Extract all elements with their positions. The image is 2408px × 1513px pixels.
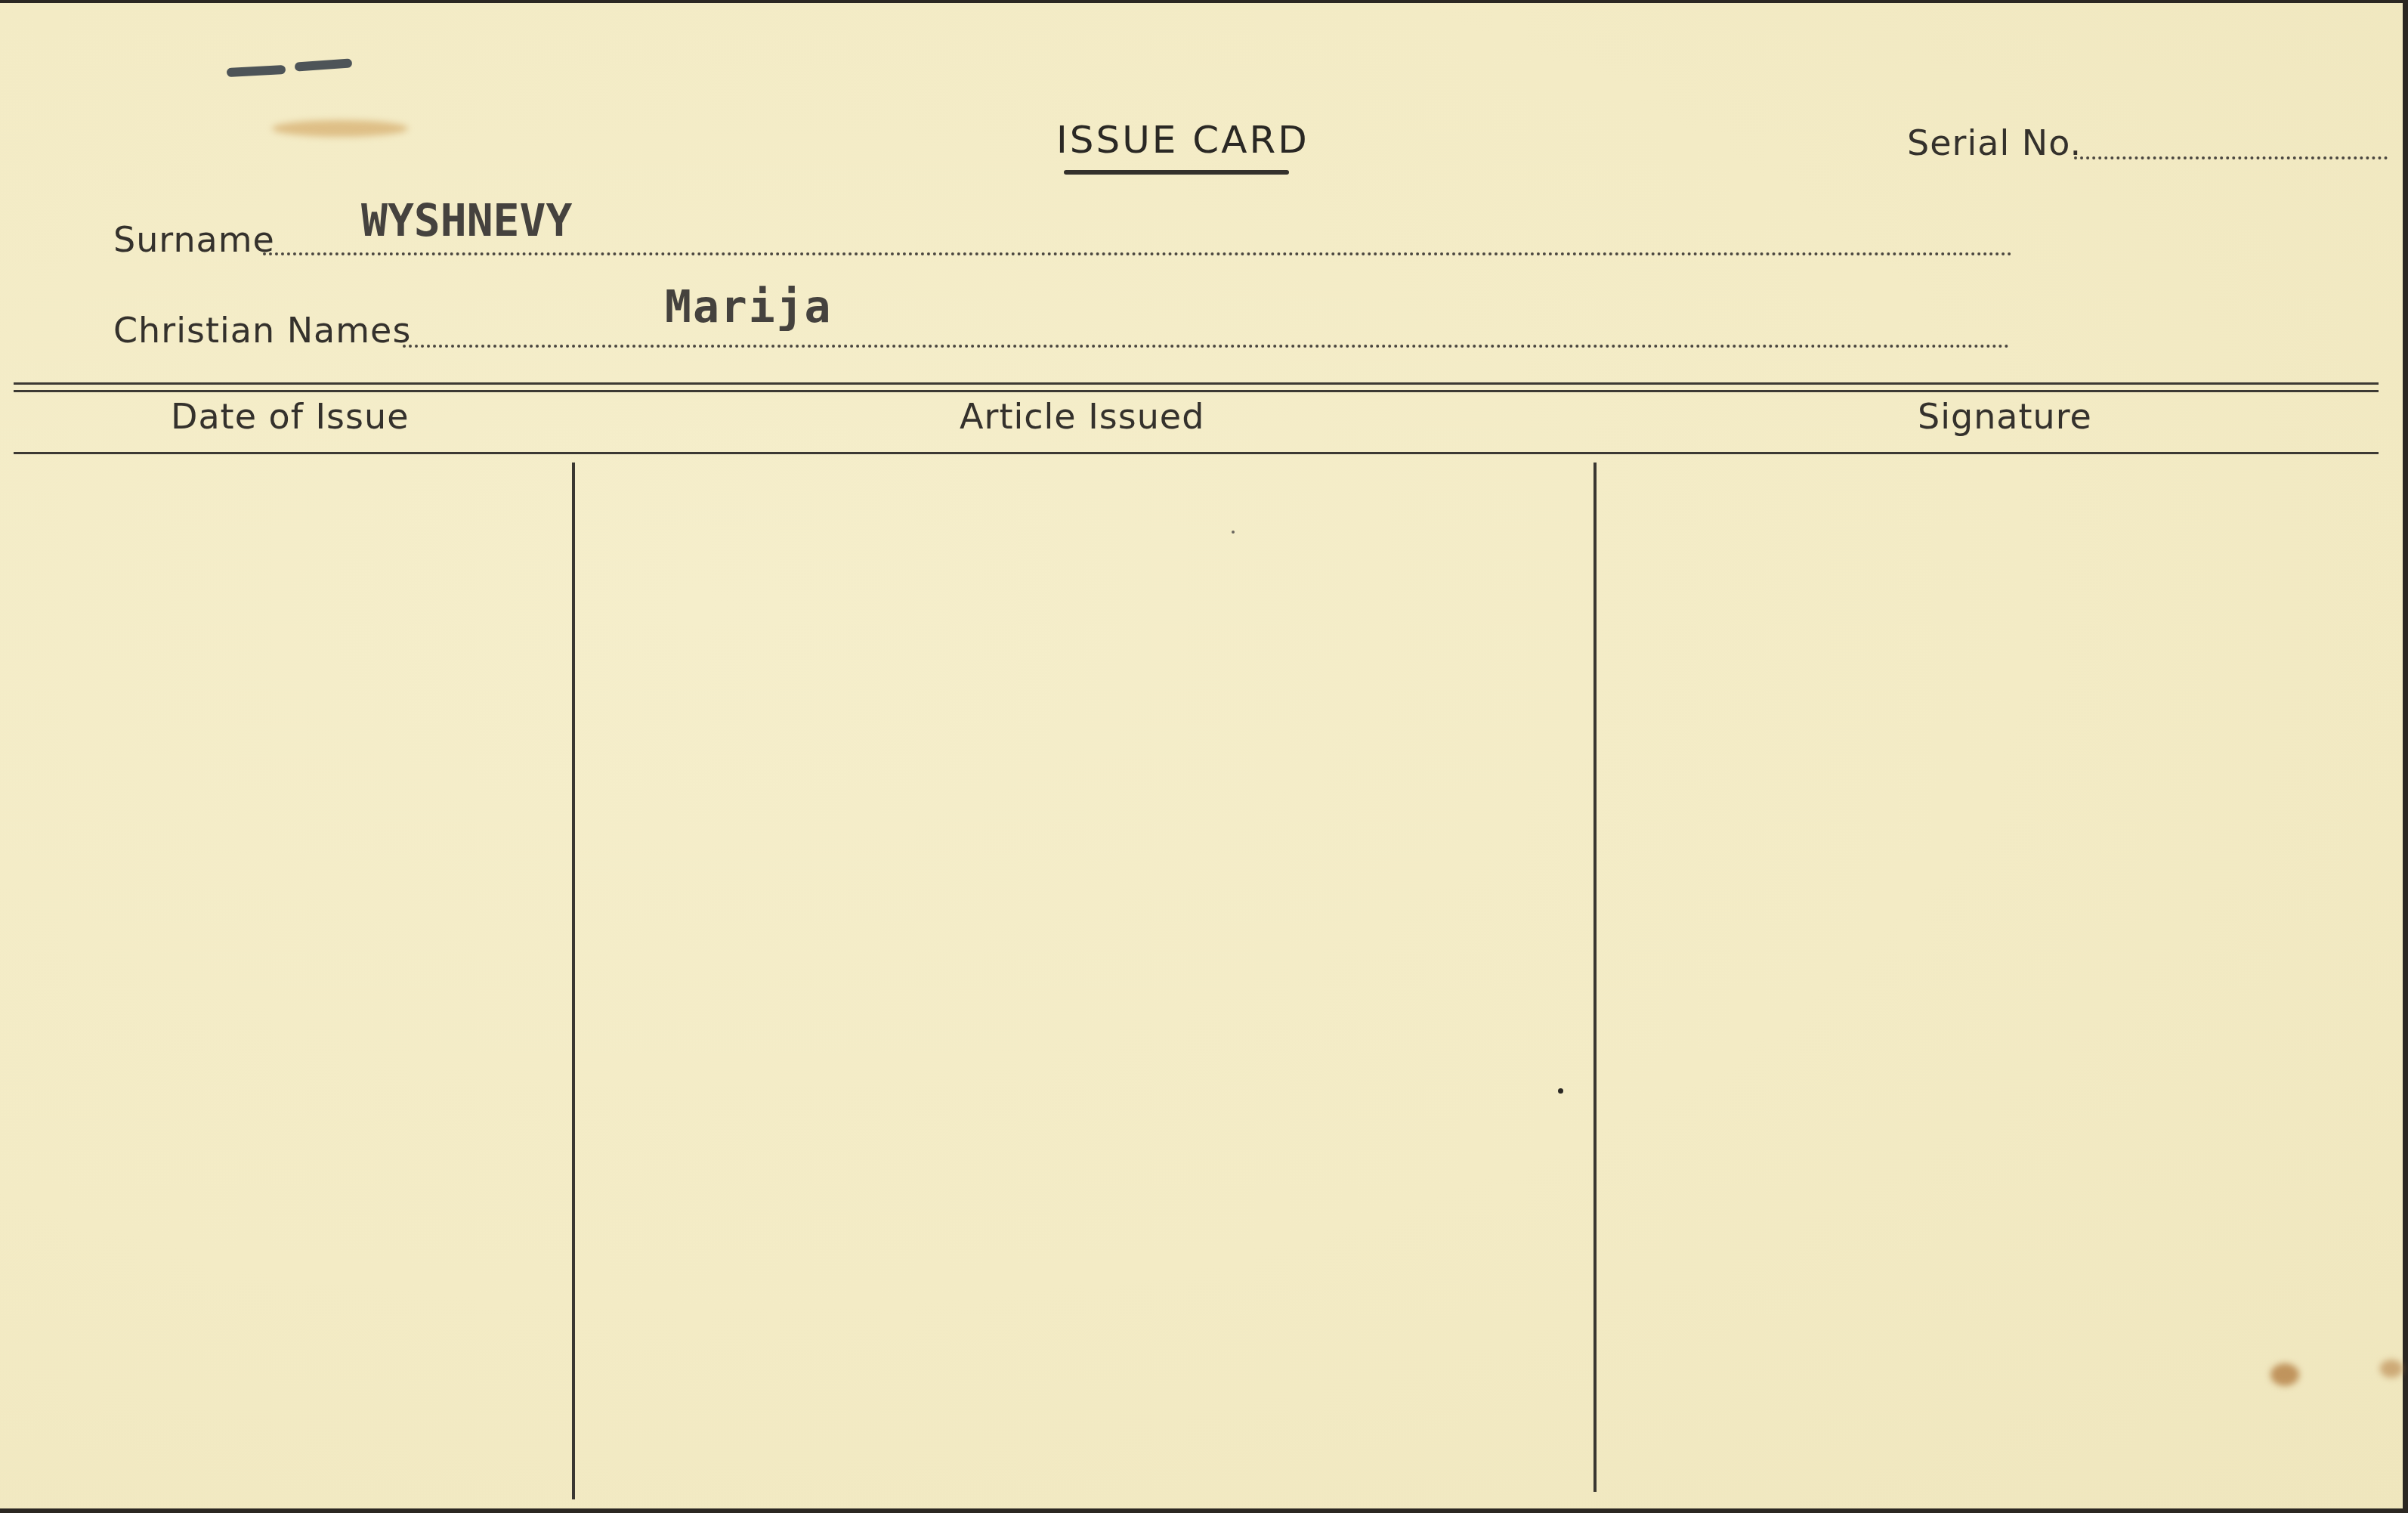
serial-field[interactable] (2074, 156, 2388, 159)
ink-speck (1558, 1088, 1563, 1094)
column-divider-1 (572, 463, 575, 1499)
header-bottom-rule (14, 452, 2379, 454)
serial-label: Serial No. (1907, 122, 2082, 163)
rust-stain (272, 120, 408, 137)
column-header-article-issued: Article Issued (960, 396, 1204, 437)
signature-column[interactable] (1600, 460, 2378, 1496)
staple-left (227, 65, 286, 77)
issue-card: ISSUE CARD Serial No. Surname WYSHNEVY C… (0, 3, 2403, 1508)
christian-names-value[interactable]: Marija (665, 281, 833, 333)
rust-stain-3 (2380, 1360, 2403, 1378)
title-underline (1064, 170, 1289, 175)
date-of-issue-column[interactable] (14, 460, 569, 1496)
column-header-date-of-issue: Date of Issue (171, 396, 409, 437)
surname-label: Surname (113, 219, 275, 260)
surname-field-line (263, 252, 2013, 255)
column-header-signature: Signature (1918, 396, 2092, 437)
article-issued-column[interactable] (578, 460, 1590, 1496)
christian-names-field-line (403, 345, 2010, 348)
ink-speck-2 (1232, 531, 1235, 534)
staple-right (295, 58, 353, 71)
double-rule-top (14, 382, 2379, 385)
card-title: ISSUE CARD (1056, 118, 1309, 162)
double-rule-bottom (14, 390, 2379, 392)
christian-names-label: Christian Names (113, 310, 411, 351)
column-divider-2 (1593, 463, 1597, 1492)
surname-value[interactable]: WYSHNEVY (361, 195, 572, 246)
